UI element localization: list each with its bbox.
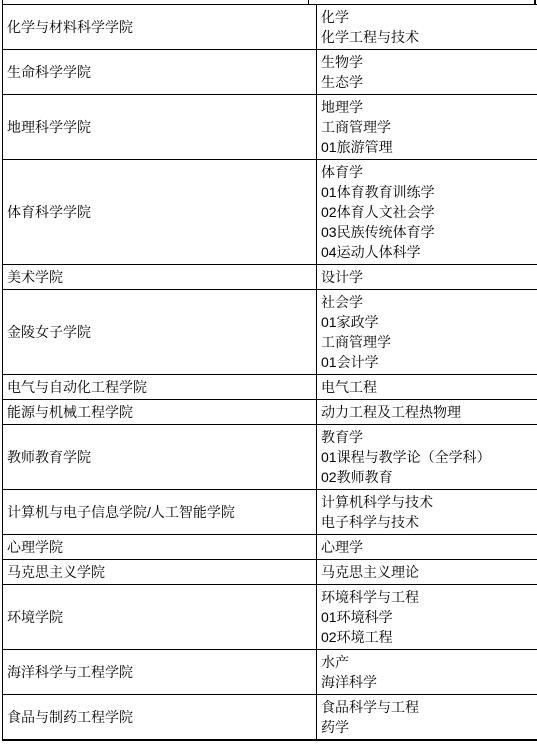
major-line: 工商管理学: [321, 117, 537, 137]
table-row: 计算机与电子信息学院/人工智能学院计算机科学与技术电子科学与技术: [3, 490, 537, 535]
major-line: 生态学: [321, 72, 537, 92]
majors-cell: 计算机科学与技术电子科学与技术: [317, 490, 537, 535]
major-line: 设计学: [321, 267, 537, 287]
college-cell: 教师教育学院: [3, 425, 317, 490]
major-line: 教育学: [321, 427, 537, 447]
college-cell: 美术学院: [3, 265, 317, 290]
major-line: 水产: [321, 652, 537, 672]
major-line: 动力工程及工程热物理: [321, 402, 537, 422]
college-majors-table-body: 化学与材料科学学院化学化学工程与技术生命科学学院生物学生态学地理科学学院地理学工…: [3, 5, 537, 741]
college-majors-table: 化学与材料科学学院化学化学工程与技术生命科学学院生物学生态学地理科学学院地理学工…: [2, 4, 537, 741]
table-row: 能源与机械工程学院动力工程及工程热物理: [3, 400, 537, 425]
majors-cell: 水产海洋科学: [317, 650, 537, 695]
college-cell: 化学与材料科学学院: [3, 5, 317, 50]
major-line: 电子科学与技术: [321, 512, 537, 532]
major-line: 食品科学与工程: [321, 697, 537, 717]
majors-cell: 马克思主义理论: [317, 560, 537, 585]
major-line: 环境科学与工程: [321, 587, 537, 607]
majors-cell: 心理学: [317, 535, 537, 560]
table-row: 电气与自动化工程学院电气工程: [3, 375, 537, 400]
college-cell: 电气与自动化工程学院: [3, 375, 317, 400]
major-line: 地理学: [321, 97, 537, 117]
table-row: 教师教育学院教育学01课程与教学论（全学科）02教师教育: [3, 425, 537, 490]
majors-cell: 设计学: [317, 265, 537, 290]
college-cell: 心理学院: [3, 535, 317, 560]
college-cell: 生命科学学院: [3, 50, 317, 95]
table-row: 马克思主义学院马克思主义理论: [3, 560, 537, 585]
major-line: 药学: [321, 717, 537, 737]
college-cell: 金陵女子学院: [3, 290, 317, 375]
majors-cell: 动力工程及工程热物理: [317, 400, 537, 425]
major-line: 01课程与教学论（全学科）: [321, 447, 537, 467]
major-line: 电气工程: [321, 377, 537, 397]
major-line: 社会学: [321, 292, 537, 312]
table-row: 金陵女子学院社会学01家政学工商管理学01会计学: [3, 290, 537, 375]
major-line: 化学工程与技术: [321, 27, 537, 47]
majors-cell: 生物学生态学: [317, 50, 537, 95]
majors-cell: 食品科学与工程药学: [317, 695, 537, 741]
major-line: 02体育人文社会学: [321, 202, 537, 222]
table-row: 海洋科学与工程学院水产海洋科学: [3, 650, 537, 695]
table-row: 环境学院环境科学与工程01环境科学02环境工程: [3, 585, 537, 650]
table-row: 心理学院心理学: [3, 535, 537, 560]
major-line: 04运动人体科学: [321, 242, 537, 262]
majors-cell: 电气工程: [317, 375, 537, 400]
table-row: 地理科学学院地理学工商管理学01旅游管理: [3, 95, 537, 160]
majors-cell: 地理学工商管理学01旅游管理: [317, 95, 537, 160]
major-line: 工商管理学: [321, 332, 537, 352]
major-line: 01旅游管理: [321, 137, 537, 157]
major-line: 02教师教育: [321, 467, 537, 487]
college-cell: 海洋科学与工程学院: [3, 650, 317, 695]
major-line: 02环境工程: [321, 627, 537, 647]
major-line: 生物学: [321, 52, 537, 72]
major-line: 03民族传统体育学: [321, 222, 537, 242]
major-line: 01家政学: [321, 312, 537, 332]
college-cell: 地理科学学院: [3, 95, 317, 160]
college-cell: 体育科学学院: [3, 160, 317, 265]
major-line: 化学: [321, 7, 537, 27]
college-cell: 食品与制药工程学院: [3, 695, 317, 741]
major-line: 计算机科学与技术: [321, 492, 537, 512]
majors-cell: 教育学01课程与教学论（全学科）02教师教育: [317, 425, 537, 490]
majors-cell: 环境科学与工程01环境科学02环境工程: [317, 585, 537, 650]
college-cell: 马克思主义学院: [3, 560, 317, 585]
major-line: 心理学: [321, 537, 537, 557]
majors-cell: 社会学01家政学工商管理学01会计学: [317, 290, 537, 375]
major-line: 海洋科学: [321, 672, 537, 692]
major-line: 01环境科学: [321, 607, 537, 627]
college-cell: 环境学院: [3, 585, 317, 650]
major-line: 马克思主义理论: [321, 562, 537, 582]
table-row: 体育科学学院体育学01体育教育训练学02体育人文社会学03民族传统体育学04运动…: [3, 160, 537, 265]
major-line: 体育学: [321, 162, 537, 182]
majors-cell: 化学化学工程与技术: [317, 5, 537, 50]
major-line: 01会计学: [321, 352, 537, 372]
table-row: 美术学院设计学: [3, 265, 537, 290]
college-cell: 计算机与电子信息学院/人工智能学院: [3, 490, 317, 535]
table-row: 生命科学学院生物学生态学: [3, 50, 537, 95]
major-line: 01体育教育训练学: [321, 182, 537, 202]
table-row: 化学与材料科学学院化学化学工程与技术: [3, 5, 537, 50]
majors-cell: 体育学01体育教育训练学02体育人文社会学03民族传统体育学04运动人体科学: [317, 160, 537, 265]
college-cell: 能源与机械工程学院: [3, 400, 317, 425]
table-row: 食品与制药工程学院食品科学与工程药学: [3, 695, 537, 741]
